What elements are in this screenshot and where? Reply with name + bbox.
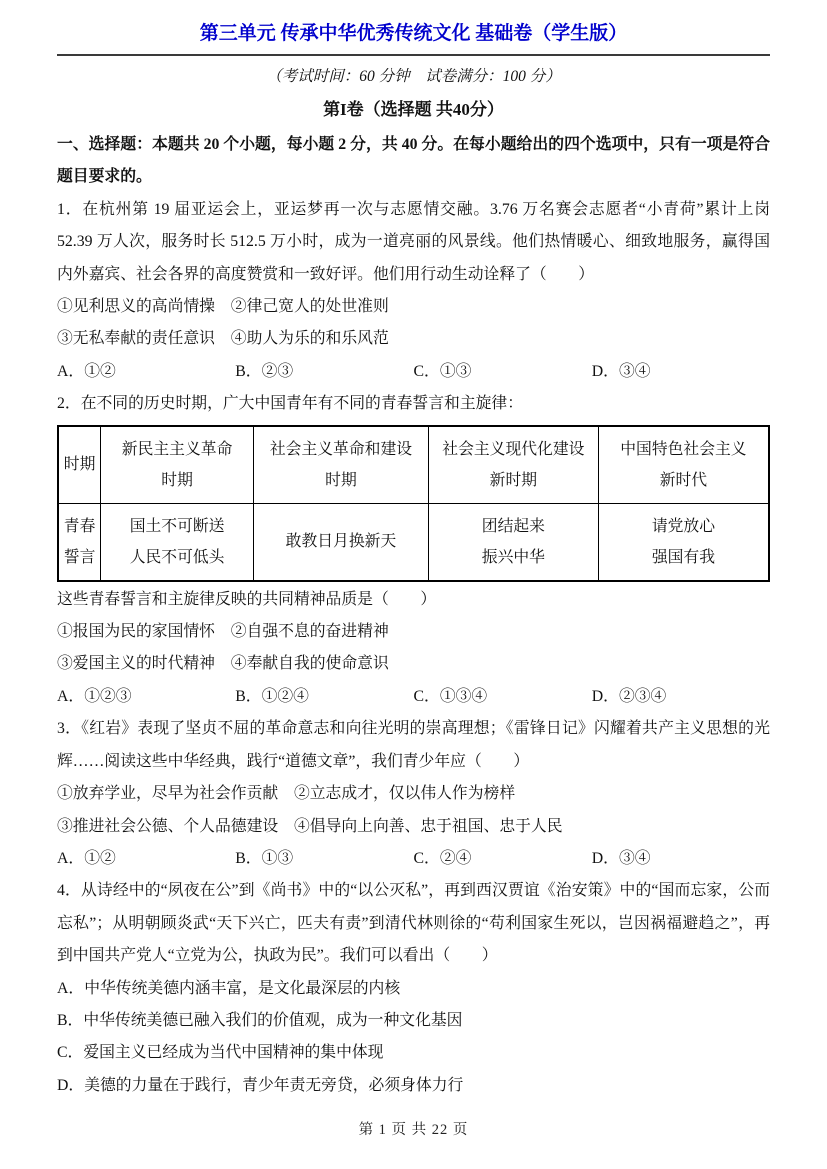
option-c: C．②④ [414,843,592,875]
question-continuation: 这些青春誓言和主旋律反映的共同精神品质是（ ） [57,584,770,616]
question-item-line: ①见利思义的高尚情操 ②律己宽人的处世准则 [57,291,770,323]
option-c: C．爱国主义已经成为当代中国精神的集中体现 [57,1037,770,1069]
cell-line: 时期 [61,449,98,480]
options-row: A．①② B．②③ C．①③ D．③④ [57,356,770,388]
question-stem: 1．在杭州第 19 届亚运会上，亚运梦再一次与志愿情交融。3.76 万名赛会志愿… [57,194,770,291]
cell-line: 国土不可断送 [103,511,251,542]
option-b: B．中华传统美德已融入我们的价值观，成为一种文化基因 [57,1005,770,1037]
table-header-cell: 社会主义革命和建设 时期 [254,426,429,504]
table-header-cell: 新民主主义革命 时期 [101,426,254,504]
cell-line: 时期 [256,465,426,496]
cell-line: 社会主义革命和建设 [256,434,426,465]
table-cell: 敢教日月换新天 [254,503,429,581]
option-c: C．①③④ [414,681,592,713]
question-stem: 3．《红岩》表现了坚贞不屈的革命意志和向往光明的崇高理想；《雷锋日记》闪耀着共产… [57,713,770,778]
page-content: 第三单元 传承中华优秀传统文化 基础卷（学生版） （考试时间：60 分钟 试卷满… [0,0,827,1102]
question-item-line: ③无私奉献的责任意识 ④助人为乐的和乐风范 [57,323,770,355]
option-a: A．①② [57,356,235,388]
table-header-cell: 中国特色社会主义 新时代 [598,426,769,504]
table-header-row: 时期 新民主主义革命 时期 社会主义革命和建设 时期 社会主义现代化建设 [58,426,769,504]
question-4: 4．从诗经中的“夙夜在公”到《尚书》中的“以公灭私”，再到西汉贾谊《治安策》中的… [57,875,770,1102]
option-b: B．②③ [235,356,413,388]
table-cell: 国土不可断送 人民不可低头 [101,503,254,581]
document-title: 第三单元 传承中华优秀传统文化 基础卷（学生版） [57,20,770,47]
section-instructions: 一、选择题：本题共 20 个小题，每小题 2 分，共 40 分。在每小题给出的四… [57,129,770,194]
table-cell: 团结起来 振兴中华 [428,503,598,581]
page-footer: 第 1 页 共 22 页 [0,1118,827,1139]
exam-page: 第三单元 传承中华优秀传统文化 基础卷（学生版） （考试时间：60 分钟 试卷满… [0,0,827,1169]
option-d: D．③④ [592,356,770,388]
question-item-line: ③爱国主义的时代精神 ④奉献自我的使命意识 [57,648,770,680]
table-cell: 请党放心 强国有我 [598,503,769,581]
question-item-line: ①报国为民的家国情怀 ②自强不息的奋进精神 [57,616,770,648]
option-b: B．①③ [235,843,413,875]
cell-line: 团结起来 [431,511,596,542]
option-d: D．②③④ [592,681,770,713]
option-a: A．①② [57,843,235,875]
option-d: D．美德的力量在于践行，青少年责无旁贷，必须身体力行 [57,1070,770,1102]
option-c: C．①③ [414,356,592,388]
options-row: A．①② B．①③ C．②④ D．③④ [57,843,770,875]
question-stem: 2．在不同的历史时期，广大中国青年有不同的青春誓言和主旋律： [57,388,770,420]
option-a: A．①②③ [57,681,235,713]
cell-line: 人民不可低头 [103,542,251,573]
cell-line: 新民主主义革命 [103,434,251,465]
cell-line: 誓言 [61,542,98,573]
part-title: 第I卷（选择题 共40分） [57,93,770,126]
cell-line: 强国有我 [601,542,766,573]
youth-pledge-table: 时期 新民主主义革命 时期 社会主义革命和建设 时期 社会主义现代化建设 [57,425,770,582]
cell-line: 敢教日月换新天 [256,526,426,557]
question-2: 2．在不同的历史时期，广大中国青年有不同的青春誓言和主旋律： 时期 新民主主义革… [57,388,770,713]
table-data-row: 青春 誓言 国土不可断送 人民不可低头 敢教日月换新天 团结起来 [58,503,769,581]
table-header-cell: 社会主义现代化建设 新时期 [428,426,598,504]
table-cell: 青春 誓言 [58,503,101,581]
cell-line: 时期 [103,465,251,496]
cell-line: 中国特色社会主义 [601,434,766,465]
option-a: A．中华传统美德内涵丰富，是文化最深层的内核 [57,973,770,1005]
option-d: D．③④ [592,843,770,875]
cell-line: 青春 [61,511,98,542]
question-item-line: ①放弃学业，尽早为社会作贡献 ②立志成才，仅以伟人作为榜样 [57,778,770,810]
title-divider [57,54,770,56]
cell-line: 请党放心 [601,511,766,542]
option-b: B．①②④ [235,681,413,713]
question-1: 1．在杭州第 19 届亚运会上，亚运梦再一次与志愿情交融。3.76 万名赛会志愿… [57,194,770,388]
question-3: 3．《红岩》表现了坚贞不屈的革命意志和向往光明的崇高理想；《雷锋日记》闪耀着共产… [57,713,770,875]
cell-line: 新时代 [601,465,766,496]
question-item-line: ③推进社会公德、个人品德建设 ④倡导向上向善、忠于祖国、忠于人民 [57,811,770,843]
question-stem: 4．从诗经中的“夙夜在公”到《尚书》中的“以公灭私”，再到西汉贾谊《治安策》中的… [57,875,770,972]
cell-line: 振兴中华 [431,542,596,573]
cell-line: 社会主义现代化建设 [431,434,596,465]
cell-line: 新时期 [431,465,596,496]
options-row: A．①②③ B．①②④ C．①③④ D．②③④ [57,681,770,713]
exam-info-line: （考试时间：60 分钟 试卷满分：100 分） [57,61,770,92]
table-header-cell: 时期 [58,426,101,504]
